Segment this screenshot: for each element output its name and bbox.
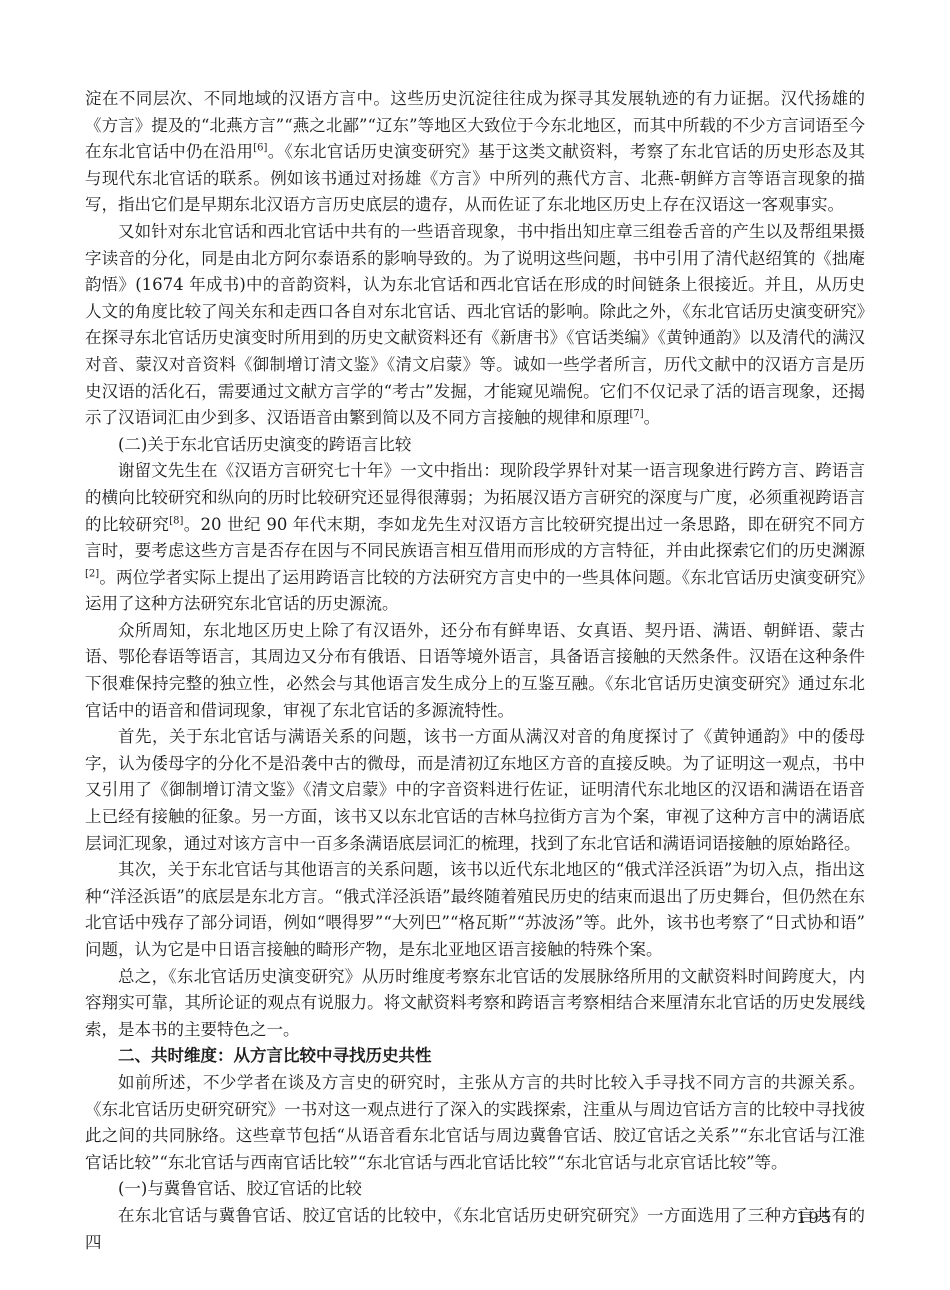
body-paragraph: 首先，关于东北官话与满语关系的问题，该书一方面从满汉对音的角度探讨了《黄钟通韵》… [85,724,865,857]
reference-marker: [2] [85,568,99,579]
sub-heading: (一)与冀鲁官话、胶辽官话的比较 [85,1176,865,1203]
reference-marker: [7] [630,409,644,420]
reference-marker: [6] [253,143,267,154]
body-paragraph: 总之，《东北官话历史演变研究》从历时维度考察东北官话的发展脉络所用的文献资料时间… [85,964,865,1044]
document-body: 淀在不同层次、不同地域的汉语方言中。这些历史沉淀往往成为探寻其发展轨迹的有力证据… [85,86,865,1256]
body-paragraph: 其次，关于东北官话与其他语言的关系问题，该书以近代东北地区的“俄式洋泾浜语”为切… [85,857,865,963]
body-paragraph: 众所周知，东北地区历史上除了有汉语外，还分布有鲜卑语、女真语、契丹语、满语、朝鲜… [85,618,865,724]
section-heading: 二、共时维度：从方言比较中寻找历史共性 [85,1043,865,1070]
body-paragraph: 如前所述，不少学者在谈及方言史的研究时，主张从方言的共时比较入手寻找不同方言的共… [85,1070,865,1176]
sub-heading: (二)关于东北官话历史演变的跨语言比较 [85,432,865,459]
body-paragraph: 又如针对东北官话和西北官话中共有的一些语音现象，书中指出知庄章三组卷舌音的产生以… [85,219,865,432]
document-page: 淀在不同层次、不同地域的汉语方言中。这些历史沉淀往往成为探寻其发展轨迹的有力证据… [0,0,950,1290]
page-number: · 195 · [782,1207,847,1229]
body-paragraph: 淀在不同层次、不同地域的汉语方言中。这些历史沉淀往往成为探寻其发展轨迹的有力证据… [85,86,865,219]
body-paragraph: 在东北官话与冀鲁官话、胶辽官话的比较中，《东北官话历史研究研究》一方面选用了三种… [85,1203,865,1256]
body-paragraph: 谢留文先生在《汉语方言研究七十年》一文中指出：现阶段学界针对某一语言现象进行跨方… [85,458,865,618]
reference-marker: [8] [169,515,183,526]
